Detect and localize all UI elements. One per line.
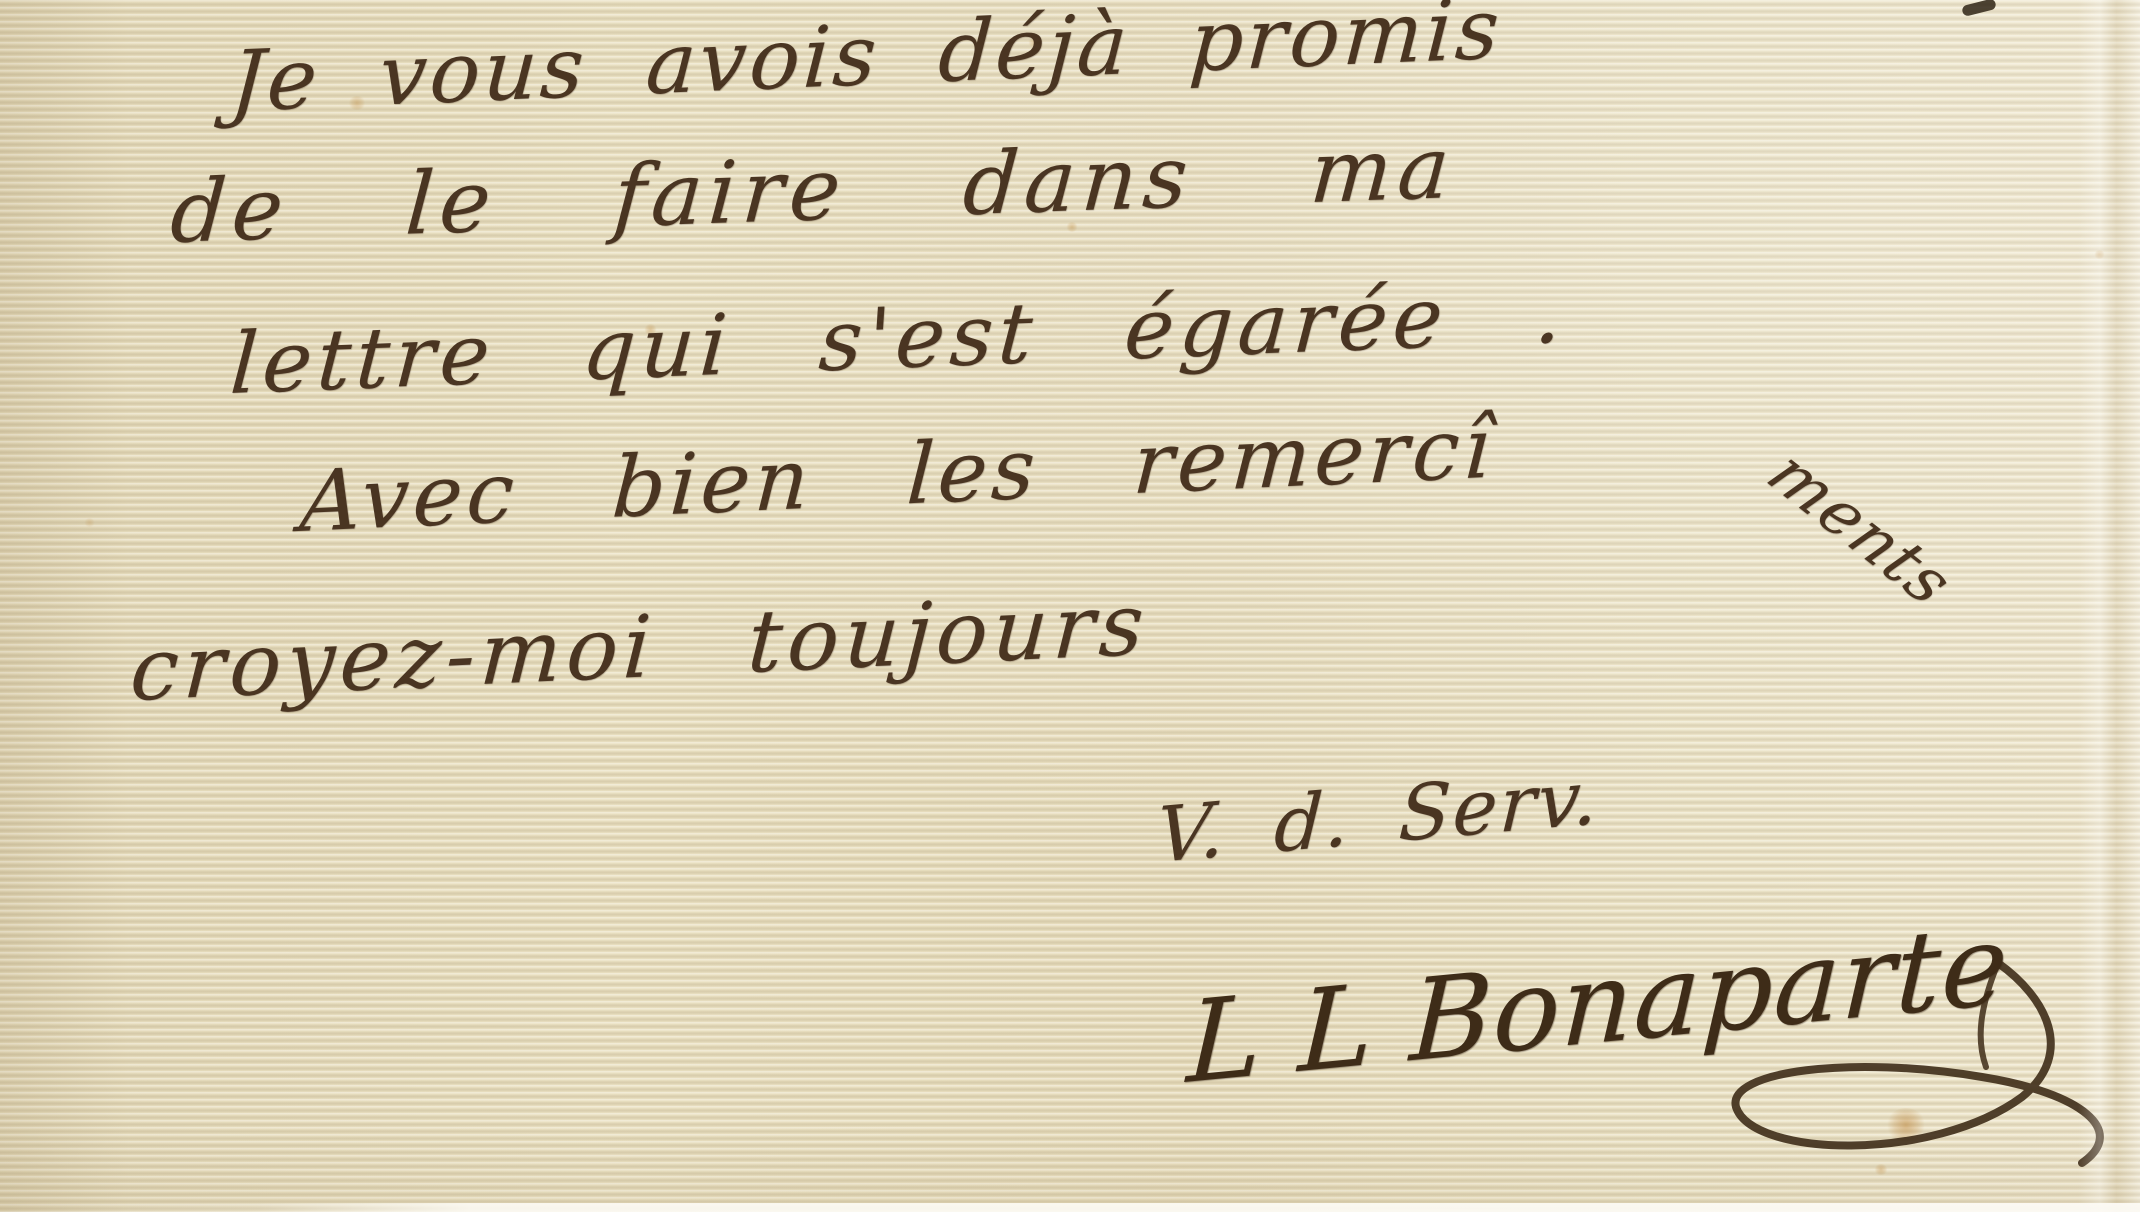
signature: L L Bonaparte bbox=[1185, 908, 2011, 1100]
foxing-stain bbox=[2094, 250, 2105, 259]
foxing-stain bbox=[1874, 1164, 1888, 1175]
manuscript-line-4-suffix: ments bbox=[1756, 442, 1965, 617]
manuscript-line-3: lettre qui s'est égarée . bbox=[228, 270, 1570, 406]
letter-page: Je vous avois déjà promis de le faire da… bbox=[0, 0, 2140, 1212]
foxing-stain bbox=[84, 518, 95, 527]
foxing-stain bbox=[1886, 1108, 1926, 1142]
closing-formula: V. d. Serv. bbox=[1155, 759, 1602, 874]
manuscript-line-4: Avec bien les remercî bbox=[298, 405, 1497, 544]
manuscript-line-2: de le faire dans ma bbox=[168, 125, 1458, 256]
paper-crease bbox=[2078, 0, 2140, 1212]
scan-edge bbox=[0, 1203, 2140, 1212]
ink-mark bbox=[1961, 0, 1997, 17]
manuscript-line-1: Je vous avois déjà promis bbox=[228, 0, 1504, 124]
manuscript-line-5: croyez-moi toujours bbox=[128, 581, 1151, 714]
